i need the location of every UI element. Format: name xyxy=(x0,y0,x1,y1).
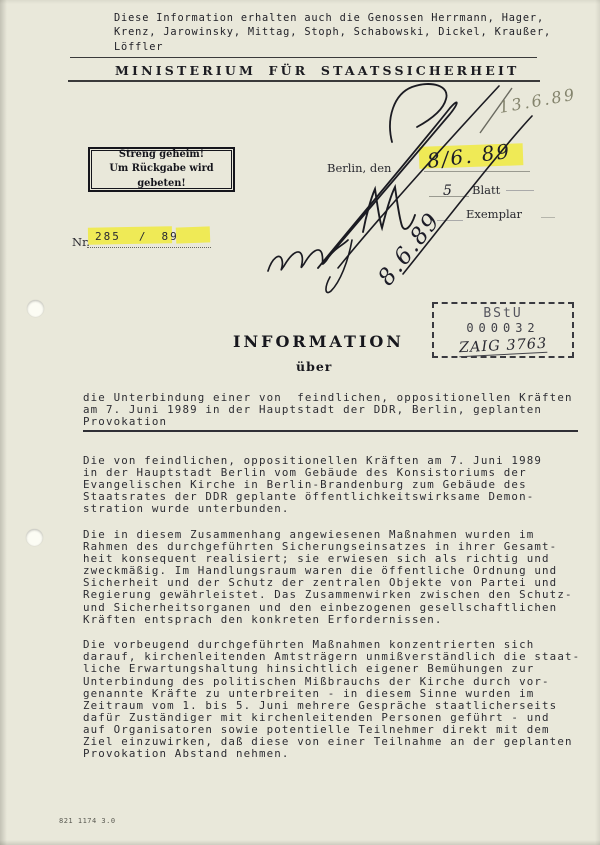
text-line: Kräften entsprach den konkreten Erforder… xyxy=(83,614,580,626)
punch-hole-top xyxy=(27,300,44,317)
text-line: Zeitraum vom 1. bis 5. Juni mehrere Gesp… xyxy=(83,700,580,712)
signature-top-flourish xyxy=(390,84,447,142)
bstu-archive-stamp: BStU 000032 ZAIG 3763 xyxy=(432,302,574,358)
exemplar-label: Exemplar xyxy=(466,207,522,221)
doc-number-separator: / xyxy=(139,230,148,243)
handwritten-signature-date: 8.6.89 xyxy=(373,208,446,291)
secrecy-stamp: Streng geheim! Um Rückgabe wird gebeten! xyxy=(88,147,235,192)
crossing-line-2 xyxy=(403,116,532,274)
letterhead-rule-top xyxy=(70,57,537,59)
blatt-label: Blatt xyxy=(472,183,500,197)
body-paragraph-3: Die vorbeugend durchgeführten Maßnahmen … xyxy=(83,639,580,760)
text-line: und Sicherheitsorganen und den einbezoge… xyxy=(83,602,580,614)
place-date-label: Berlin, den xyxy=(327,161,391,175)
ministry-title: MINISTERIUM FÜR STAATSSICHERHEIT xyxy=(115,63,520,78)
letterhead-rule-bottom xyxy=(68,80,540,82)
blatt-underline xyxy=(429,196,469,197)
text-line: Unterbindung des politischen Mißbrauchs … xyxy=(83,676,580,688)
text-line: Löffler xyxy=(114,40,551,54)
pencil-date-note: 13.6.89 xyxy=(497,85,578,117)
doc-number-value: 285/89 xyxy=(95,230,179,243)
text-line: Provokation xyxy=(83,416,573,428)
crossing-line-1 xyxy=(338,86,499,268)
body-paragraph-2: Die in diesem Zusammenhang angewiesenen … xyxy=(83,529,580,626)
body-text: Die von feindlichen, oppositionellen Krä… xyxy=(83,455,580,774)
date-underline xyxy=(424,171,530,172)
signature-loop xyxy=(318,102,457,268)
document-title: INFORMATION xyxy=(233,332,404,351)
secrecy-stamp-inner: Streng geheim! Um Rückgabe wird gebeten! xyxy=(91,150,232,189)
body-paragraph-1: Die von feindlichen, oppositionellen Krä… xyxy=(83,455,580,515)
signature-descender xyxy=(326,240,352,293)
text-line: Krenz, Jarowinsky, Mittag, Stoph, Schabo… xyxy=(114,25,551,39)
pencil-slash xyxy=(480,88,512,133)
text-line: liche Erwartungshaltung hinsichtlich eig… xyxy=(83,663,580,675)
text-line: Regierung gewährleistet. Das Zusammenwir… xyxy=(83,589,580,601)
text-line: Diese Information erhalten auch die Geno… xyxy=(114,11,551,25)
document-subtitle: über xyxy=(296,359,332,374)
subject-underline xyxy=(83,430,578,432)
bstu-sheet-number: 000032 xyxy=(434,321,572,335)
secrecy-line1: Streng geheim! xyxy=(92,148,231,163)
date-highlight-mark xyxy=(419,143,524,169)
blatt-form-line xyxy=(506,190,534,191)
text-line: Provokation Abstand nehmen. xyxy=(83,748,580,760)
doc-number-main: 285 xyxy=(95,230,121,243)
text-line: genannte Kräfte zu unterbreiten - in die… xyxy=(83,688,580,700)
secrecy-line2: Um Rückgabe wird gebeten! xyxy=(92,162,231,191)
distribution-note: Diese Information erhalten auch die Geno… xyxy=(114,11,551,54)
text-line: stration wurde unterbunden. xyxy=(83,503,580,515)
signature-w-stroke xyxy=(363,187,415,232)
punch-hole-bottom xyxy=(26,529,43,546)
exemplar-form-line-left xyxy=(437,220,463,221)
subject-block: die Unterbindung einer von feindlichen, … xyxy=(83,392,573,428)
bstu-handwritten-signature: ZAIG 3763 xyxy=(458,337,547,358)
doc-number-year: 89 xyxy=(162,230,179,243)
document-page: Diese Information erhalten auch die Geno… xyxy=(0,0,600,845)
exemplar-form-line-right xyxy=(541,217,555,218)
form-number: 821 1174 3.0 xyxy=(59,817,116,825)
bstu-org-name: BStU xyxy=(434,306,572,321)
signature-squiggle xyxy=(268,240,348,271)
